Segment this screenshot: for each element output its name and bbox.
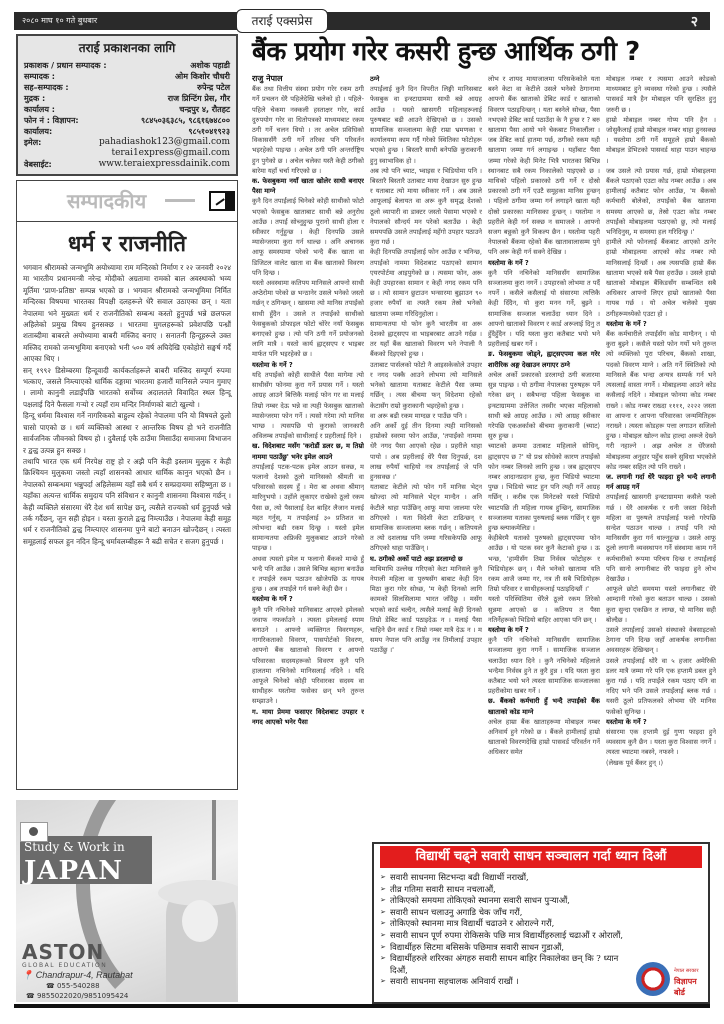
notice-item: तोकिएको स्थानमा मात्र विद्यार्थी चढाउने … xyxy=(380,918,630,930)
article-subheading: ख. विदेशबाट मसँग 'करोडौं डलर छ, म तिम्रो… xyxy=(252,441,364,461)
article-column-2: ठग्नेतपाईंलाई कुनै दिन विपरीत लिङ्गी मान… xyxy=(370,74,482,804)
brand-subtitle: GLOBAL EDUCATION xyxy=(22,962,107,969)
bottom-rule xyxy=(14,1004,710,1008)
page-header-bar: २०८० माघ १० गते बुधबार तराई एक्सप्रेस २ xyxy=(14,12,710,30)
article-paragraph: कुनै पनि नचिनेको मानिससँग सामाजिक सञ्जाल… xyxy=(488,268,600,350)
article-column-4: मोबाइल नम्बर र त्यसमा आउने कोडको माध्यमब… xyxy=(606,74,716,804)
article-paragraph: यदि तपाईंको कोही साथीले पैसा मागेमा त्यो… xyxy=(252,370,364,441)
notice-list: सवारी साधनमा सिटभन्दा बढी विद्यार्थी नरा… xyxy=(380,872,630,988)
student-photo xyxy=(166,880,236,1002)
article-paragraph: उसले तपाईंलाई उसको संस्थाको वेबसाइटको ठे… xyxy=(606,625,716,656)
article-paragraph: कुनै पनि नचिनेको मानिसबाट आएको इमेलको जव… xyxy=(252,605,364,707)
article-paragraph: लोभ र शायद मायाजालमा परिसकेकोले यता बस्न… xyxy=(488,74,600,258)
brand-logo: ASTON xyxy=(22,940,104,964)
publication-info-title: तराई प्रकाशनका लागि xyxy=(24,39,230,56)
email-primary[interactable]: pahadiashok123@gmail.com xyxy=(99,137,230,148)
editorial-paragraph: तथापि भारत एक धर्म निरपेक्ष राष्ट्र हो र… xyxy=(23,456,231,547)
article-column-3: लोभ र शायद मायाजालमा परिसकेकोले यता बस्न… xyxy=(488,74,600,804)
publication-info-box: तराई प्रकाशनका लागि प्रकाशक / प्रधान सम्… xyxy=(16,34,238,176)
article-paragraph: बैंक कर्मचारीले तपाईंसँग कोड माग्दैनन् ।… xyxy=(606,329,716,472)
row-value: ओम किशोर चौधरी xyxy=(175,71,230,82)
article-subheading: यस्तोमा के गर्ने ? xyxy=(252,360,364,370)
ad-address: 📍 Chandrapur-4, Rautahat xyxy=(22,970,133,981)
notice-item: तोकिएको समयमा तोकिएको स्थानमा सवारी साधन… xyxy=(380,895,630,907)
divider xyxy=(165,199,195,202)
row-value: अशोक पहाडी xyxy=(190,60,230,71)
article-paragraph: अब त्यो पनि च्याट, भ्वाइस र भिडियोमा पनि… xyxy=(370,166,482,248)
article-paragraph: कुनै पनि नचिनेको मानिससँग सामाजिक सञ्जाल… xyxy=(488,635,600,696)
article-paragraph: यस्तो परिस्थितिमा धेरैले ठूलो रकम तिरेको… xyxy=(488,594,600,625)
row-label: फोन नं : विज्ञापन: xyxy=(24,115,79,126)
editorial-paragraph: सन् १९९२ डिसेम्बरमा हिन्दूवादी कार्यकर्त… xyxy=(23,365,231,411)
article-paragraph: माथिमाथि उल्लेख गरिएको केटा मानिसले कुनै… xyxy=(370,564,482,656)
notice-item: सवारी साधनमा सिटभन्दा बढी विद्यार्थी नरा… xyxy=(380,872,630,884)
article-paragraph: केहीबेरमै यताको पुरुषको ह्वाट्सएपमा फोन … xyxy=(488,533,600,594)
article-subheading: घ. ठगीको अर्को पाटो अझ डरलाग्दो छ xyxy=(370,554,482,564)
page-number: २ xyxy=(691,12,698,31)
ad-headline-small: Study & Work in xyxy=(24,840,125,854)
article-paragraph: हामीले त्यो फोनलाई बैंकबाट आएको ठानेर हा… xyxy=(606,237,716,319)
article-paragraph: (लेखक पूर्व बैंकर हुन् ।) xyxy=(606,758,716,768)
row-value: ९८४५०३६३८५, ९८६१६७४८०० xyxy=(141,115,230,126)
article-paragraph: संसारमा एक हप्तामै दुई गुणा फाइदा हुने व… xyxy=(606,727,716,758)
notice-title: विद्यार्थी चढ्ने सवारी साधन सञ्चालन गर्द… xyxy=(380,846,702,868)
website-link[interactable]: www.teraiexpressdainik.com xyxy=(99,159,230,170)
article-paragraph: तपाईंलाई कुनै दिन विपरीत लिङ्गी मानिसबाट… xyxy=(370,84,482,166)
editorial-paragraph: भगवान श्रीरामको जन्मभूमि अयोध्यामा राम म… xyxy=(23,262,231,365)
tower-illustration xyxy=(212,800,216,880)
row-label: कार्यालय : xyxy=(24,104,55,115)
article-paragraph: बैंक तथा वित्तीय संस्था प्रयोग गरेर रकम … xyxy=(252,84,364,176)
notice-item: विद्यार्थीहरु सिटमा बसिसके पछिमात्र सवार… xyxy=(380,942,630,954)
publication-info-row: सम्पादक :ओम किशोर चौधरी xyxy=(24,71,230,82)
email-row: इमेल: pahadiashok123@gmail.com xyxy=(24,137,230,148)
editorial-label: सम्पादकीय xyxy=(67,187,146,214)
publication-info-row: प्रकाशक / प्रधान सम्पादक :अशोक पहाडी xyxy=(24,60,230,71)
article-headline: बैंक प्रयोग गरेर कसरी हुन्छ आर्थिक ठगी ? xyxy=(252,32,716,68)
article-subheading: यस्तोमा के गर्ने ? xyxy=(488,258,600,268)
japan-study-advertisement[interactable]: Study & Work in JAPAN ASTON GLOBAL EDUCA… xyxy=(16,800,238,1002)
article-paragraph: आफूले छोटो समयमा यस्तो लगानीबाट धेरै आम्… xyxy=(606,584,716,625)
byline: राजु नेपाल xyxy=(252,74,364,84)
notice-item: तीव्र गतिमा सवारी साधन नचलाऔं, xyxy=(380,884,630,896)
article-paragraph: हाम्रो मोबाइल नम्बर गोप्य पनि हैन । जोसु… xyxy=(606,115,716,166)
article-paragraph: अथवा त्यस्तो इमेल म फलानो बैंकको मान्छे … xyxy=(252,554,364,595)
notice-org-line1: नेपाल सरकार xyxy=(674,968,699,974)
editorial-body: भगवान श्रीरामको जन्मभूमि अयोध्यामा राम म… xyxy=(17,262,237,547)
notice-item: विद्यार्थीहरुले शरिरका अंगहरु सवारी साधन… xyxy=(380,953,630,976)
publication-info-row: कार्यालय:९८५१०४१९२३ xyxy=(24,126,230,137)
article-subheading: क. फेसबुकमा नयाँ खाता खोलेर साथी बनाएर प… xyxy=(252,176,364,196)
article-paragraph: तपाईंलाई खासगरी इन्स्टाग्राममा कसैले फलो… xyxy=(606,492,716,584)
article-subheading: छ. बैंकको कर्मचारी हुँ भन्दै तपाईंको बैं… xyxy=(488,696,600,716)
article-subheading: ग. माया प्रेममा फसाएर विदेशबाट उपहार र न… xyxy=(252,707,364,727)
editorial-title: धर्म र राजनीति xyxy=(17,228,237,258)
ad-mobile: ☎ 9855022020/9851095424 xyxy=(26,992,128,1000)
notice-item: सवारी साधन पूर्ण रुपमा रोकिसके पछि मात्र… xyxy=(380,930,630,942)
row-value: राज प्रिन्टिंग प्रेस, गौर xyxy=(168,93,230,104)
article-paragraph: यस्तो अवस्थामा कतिपय मानिसले आफ्नो साथी … xyxy=(252,278,364,360)
article-paragraph: च्याटको क्रममा उताबाट महिलाले सोधिन्, ह्… xyxy=(488,441,600,533)
article-subheading: ठग्ने xyxy=(370,74,482,84)
publication-info-row: मुद्रक :राज प्रिन्टिंग प्रेस, गौर xyxy=(24,93,230,104)
editorial-header: सम्पादकीय xyxy=(17,181,237,222)
website-label: वेबसाईट: xyxy=(24,159,52,170)
notice-org-line2: विज्ञापन बोर्ड xyxy=(674,976,708,998)
row-label: प्रकाशक / प्रधान सम्पादक : xyxy=(24,60,107,71)
ad-headline-large: JAPAN xyxy=(24,856,123,886)
article-paragraph: वा अरू बढी रकम माग्दछ र पाउँछ पनि । xyxy=(370,411,482,421)
row-label: मुद्रक : xyxy=(24,93,45,104)
article-paragraph: कुनै दिन तपाईंलाई चिनेको कोही साथीको फोट… xyxy=(252,196,364,278)
editorial-paragraph: हिन्दू धर्ममा विश्वास गर्ने नागरिकको बाह… xyxy=(23,410,231,456)
row-label: कार्यालय: xyxy=(24,126,52,137)
government-emblem-icon xyxy=(636,962,670,996)
publication-info-row: सह–सम्पादक :रुपेन्द्र पटेल xyxy=(24,82,230,93)
japan-flag-icon xyxy=(20,822,48,842)
notice-item: सवारी साधन चलाउनु अगाडि चेक जाँच गरौं, xyxy=(380,907,630,919)
email-label: इमेल: xyxy=(24,137,41,148)
article-paragraph: उताबाट पार्सलको फोटो नै आइसकेकोले उपहार … xyxy=(370,360,482,411)
row-label: सह–सम्पादक : xyxy=(24,82,69,93)
masthead: तराई एक्सप्रेस xyxy=(236,9,328,33)
publication-info-row: कार्यालय :चन्द्रपुर ४, रौतहट xyxy=(24,104,230,115)
row-value: चन्द्रपुर ४, रौतहट xyxy=(179,104,230,115)
article-subheading: यस्तोमा के गर्ने ? xyxy=(488,625,600,635)
editorial-section: सम्पादकीय धर्म र राजनीति भगवान श्रीरामको… xyxy=(16,180,238,790)
article-paragraph: जब उसले त्यो प्रयास गर्छ, हाम्रो मोबाइलम… xyxy=(606,166,716,237)
article-paragraph: अचेल हाम्रा बैंक खाताहरूमा मोबाइल नम्बर … xyxy=(488,717,600,758)
row-value: रुपेन्द्र पटेल xyxy=(197,82,230,93)
article-paragraph: तपाईंलाई पटक-पटक इमेल आउन सक्छ, म फलानो … xyxy=(252,462,364,554)
issue-date: २०८० माघ १० गते बुधबार xyxy=(22,15,97,26)
article-subheading: ज. लगानी गर्दा धेरै फाइदा हुने भन्दै लगा… xyxy=(606,472,716,492)
notice-item: सवारी साधनमा सहचालक अनिवार्य राखौं । xyxy=(380,976,630,988)
article-paragraph: उसले तपाईंलाई थोरै वा ५ हजार अमेरिकी डलर… xyxy=(606,656,716,717)
ad-phone: ☎ 055-540288 xyxy=(46,982,100,990)
article-paragraph: सामान्यतया यो फोन कुनै भारतीय वा अरू देश… xyxy=(370,319,482,360)
email-secondary[interactable]: terai1express@gmail.com xyxy=(111,148,230,159)
article-subheading: यस्तोमा के गर्ने ? xyxy=(606,319,716,329)
article-paragraph: अचेल अर्को प्रकारको डरलाग्दो ठगी बजारमा … xyxy=(488,370,600,441)
pen-icon xyxy=(209,191,235,211)
article-column-1: राजु नेपाल बैंक तथा वित्तीय संस्था प्रयो… xyxy=(252,74,364,824)
article-subheading: ङ. फेसबुकमा जोड्ने, ह्वाट्सएपमा कल गरेर … xyxy=(488,349,600,369)
article-paragraph: अनि अर्को दुई तीन दिनमा त्यही मानिसको हा… xyxy=(370,421,482,482)
article-paragraph: केही दिनपछि तपाईंलाई फोन आउँछ र भनिन्छ, … xyxy=(370,247,482,318)
row-label: सम्पादक : xyxy=(24,71,55,82)
email-row-2: terai1express@gmail.com xyxy=(24,148,230,159)
publication-info-row: फोन नं : विज्ञापन:९८४५०३६३८५, ९८६१६७४८०० xyxy=(24,115,230,126)
article-paragraph: मोबाइल नम्बर र त्यसमा आउने कोडको माध्यमब… xyxy=(606,74,716,115)
article-paragraph: यताबाट केटीले त्यो फोन गर्ने मानिस भेट्न… xyxy=(370,482,482,553)
row-value: ९८५१०४१९२३ xyxy=(188,126,230,137)
website-row: वेबसाईट: www.teraiexpressdainik.com xyxy=(24,159,230,170)
student-transport-notice: विद्यार्थी चढ्ने सवारी साधन सञ्चालन गर्द… xyxy=(372,842,710,1004)
article-subheading: यस्तोमा के गर्ने ? xyxy=(606,717,716,727)
article-subheading: यस्तोमा के गर्ने ? xyxy=(252,594,364,604)
